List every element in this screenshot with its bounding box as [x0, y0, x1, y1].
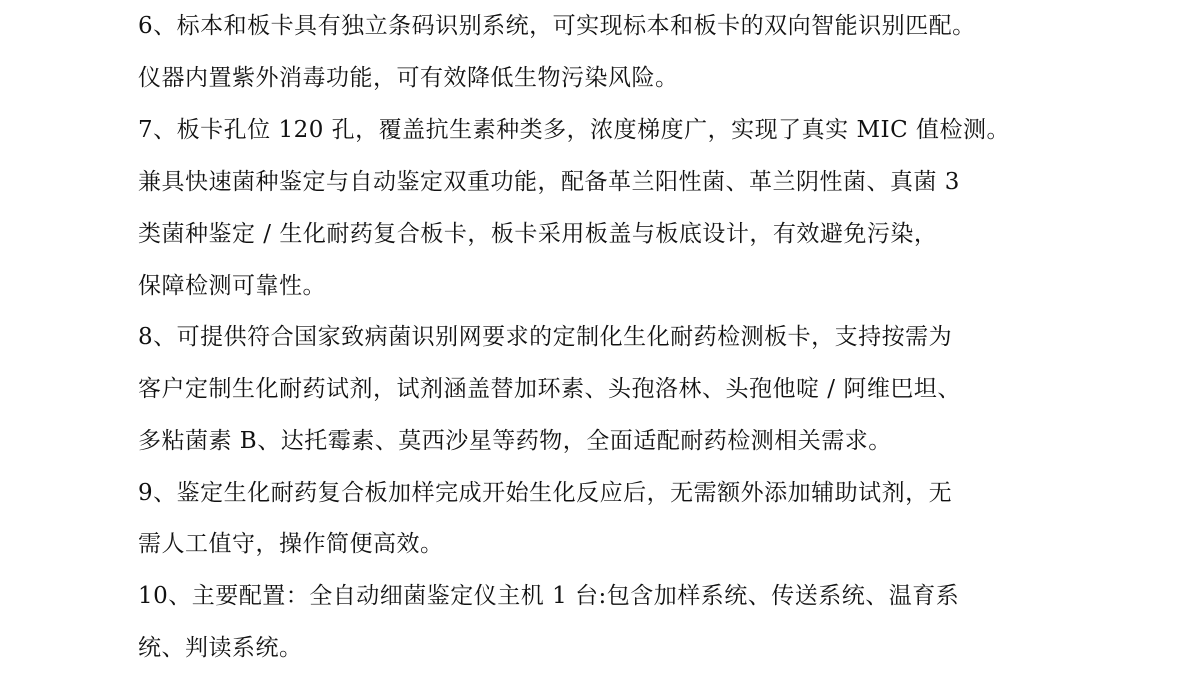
item-6-line-1: 6、标本和板卡具有独立条码识别系统，可实现标本和板卡的双向智能识别匹配。: [138, 0, 976, 52]
document-page: 6、标本和板卡具有独立条码识别系统，可实现标本和板卡的双向智能识别匹配。 仪器内…: [138, 0, 1058, 683]
item-6-line-2: 仪器内置紫外消毒功能，可有效降低生物污染风险。: [138, 52, 679, 104]
item-7-line-4: 保障检测可靠性。: [138, 260, 326, 312]
item-9-line-1: 9、鉴定生化耐药复合板加样完成开始生化反应后，无需额外添加辅助试剂，无: [138, 467, 952, 519]
item-7-line-1: 7、板卡孔位 120 孔，覆盖抗生素种类多，浓度梯度广，实现了真实 MIC 值检…: [138, 104, 1010, 156]
item-7-line-3: 类菌种鉴定 / 生化耐药复合板卡，板卡采用板盖与板底设计，有效避免污染，: [138, 208, 937, 260]
item-10-line-2: 统、判读系统。: [138, 622, 303, 674]
item-9-line-2: 需人工值守，操作简便高效。: [138, 518, 444, 570]
item-8-line-2: 客户定制生化耐药试剂，试剂涵盖替加环素、头孢洛林、头孢他啶 / 阿维巴坦、: [138, 363, 961, 415]
item-8-line-1: 8、可提供符合国家致病菌识别网要求的定制化生化耐药检测板卡，支持按需为: [138, 311, 952, 363]
item-7-line-2: 兼具快速菌种鉴定与自动鉴定双重功能，配备革兰阳性菌、革兰阴性菌、真菌 3: [138, 156, 960, 208]
item-10-line-1: 10、主要配置：全自动细菌鉴定仪主机 1 台:包含加样系统、传送系统、温育系: [138, 570, 959, 622]
item-8-line-3: 多粘菌素 B、达托霉素、莫西沙星等药物，全面适配耐药检测相关需求。: [138, 415, 892, 467]
